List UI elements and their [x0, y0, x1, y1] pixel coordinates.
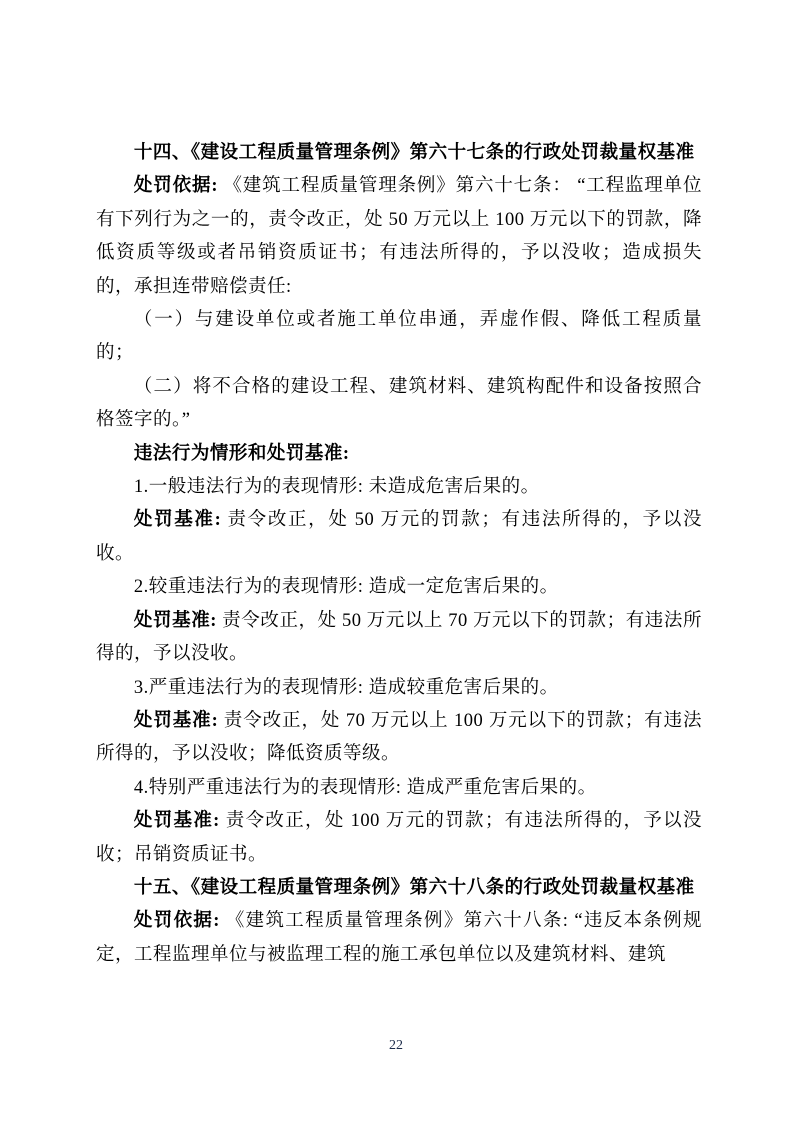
paragraph-text: 2.较重违法行为的表现情形: 造成一定危害后果的。 [134, 577, 559, 597]
bold-label: 处罚基准: [134, 811, 220, 831]
paragraph: （一）与建设单位或者施工单位串通，弄虚作假、降低工程质量的； [96, 304, 702, 371]
paragraph: 处罚基准: 责令改正，处 50 万元的罚款；有违法所得的，予以没收。 [96, 504, 702, 571]
bold-label: 处罚基准: [134, 711, 218, 731]
paragraph: 4.特别严重违法行为的表现情形: 造成严重危害后果的。 [96, 772, 702, 805]
paragraph-text: 3.严重违法行为的表现情形: 造成较重危害后果的。 [134, 678, 559, 698]
section-heading: 十五、《建设工程质量管理条例》第六十八条的行政处罚裁量权基准 [96, 872, 702, 905]
bold-label: 处罚基准: [134, 611, 217, 631]
document-content: 十四、《建设工程质量管理条例》第六十七条的行政处罚裁量权基准处罚依据: 《建筑工… [96, 137, 702, 972]
paragraph-text: 4.特别严重违法行为的表现情形: 造成严重危害后果的。 [134, 778, 597, 798]
paragraph-text: 违法行为情形和处罚基准: [134, 444, 350, 464]
paragraph: 处罚依据: 《建筑工程质量管理条例》第六十八条: “违反本条例规定，工程监理单位… [96, 905, 702, 972]
bold-label: 处罚依据: [134, 176, 218, 196]
sub-heading: 违法行为情形和处罚基准: [96, 438, 702, 471]
paragraph: 3.严重违法行为的表现情形: 造成较重危害后果的。 [96, 672, 702, 705]
paragraph: 处罚基准: 责令改正，处 100 万元的罚款；有违法所得的，予以没收；吊销资质证… [96, 805, 702, 872]
paragraph-text: 十五、《建设工程质量管理条例》第六十八条的行政处罚裁量权基准 [134, 878, 695, 898]
paragraph: 处罚基准: 责令改正，处 50 万元以上 70 万元以下的罚款；有违法所得的，予… [96, 605, 702, 672]
paragraph: 2.较重违法行为的表现情形: 造成一定危害后果的。 [96, 571, 702, 604]
page-number: 22 [0, 1038, 792, 1054]
paragraph-text: （二）将不合格的建设工程、建筑材料、建筑构配件和设备按照合格签字的。” [96, 377, 702, 430]
paragraph: 处罚基准: 责令改正，处 70 万元以上 100 万元以下的罚款；有违法所得的，… [96, 705, 702, 772]
paragraph-text: 1.一般违法行为的表现情形: 未造成危害后果的。 [134, 477, 540, 497]
section-heading: 十四、《建设工程质量管理条例》第六十七条的行政处罚裁量权基准 [96, 137, 702, 170]
paragraph-text: 十四、《建设工程质量管理条例》第六十七条的行政处罚裁量权基准 [134, 143, 695, 163]
paragraph-text: （一）与建设单位或者施工单位串通，弄虚作假、降低工程质量的； [96, 310, 702, 363]
paragraph: （二）将不合格的建设工程、建筑材料、建筑构配件和设备按照合格签字的。” [96, 371, 702, 438]
paragraph: 1.一般违法行为的表现情形: 未造成危害后果的。 [96, 471, 702, 504]
paragraph: 处罚依据: 《建筑工程质量管理条例》第六十七条： “工程监理单位有下列行为之一的… [96, 170, 702, 304]
bold-label: 处罚依据: [134, 911, 220, 931]
bold-label: 处罚基准: [134, 510, 221, 530]
document-page: 十四、《建设工程质量管理条例》第六十七条的行政处罚裁量权基准处罚依据: 《建筑工… [0, 0, 792, 1121]
